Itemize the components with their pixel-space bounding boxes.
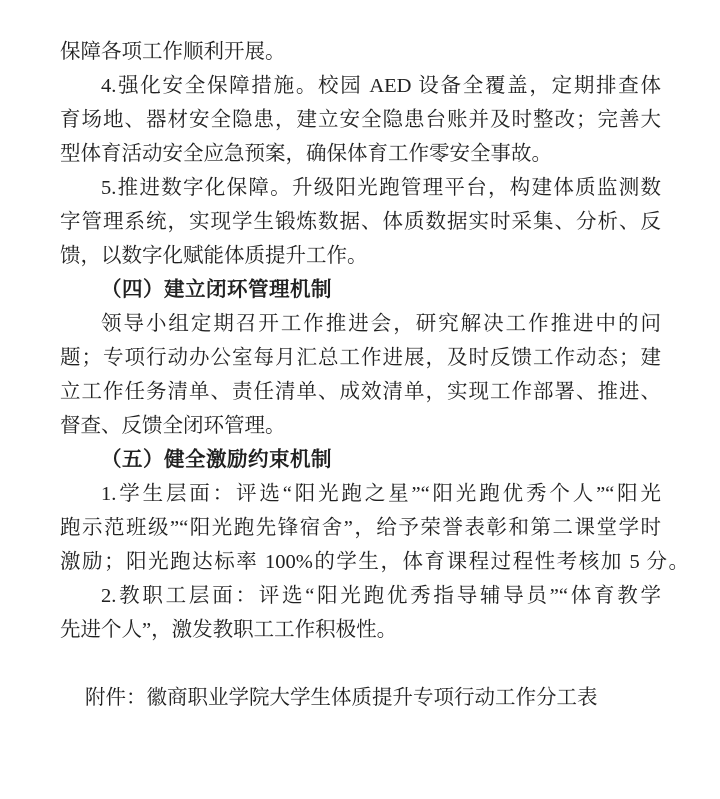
document-page: 保障各项工作顺利开展。 4.强化安全保障措施。校园 AED 设备全覆盖，定期排查… (0, 0, 720, 799)
body-text-line: 2.教职工层面：评选“阳光跑优秀指导辅导员”“体育教学 (60, 579, 661, 613)
section-heading-4: （四）建立闭环管理机制 (60, 273, 661, 307)
body-text-line: 型体育活动安全应急预案，确保体育工作零安全事故。 (60, 137, 661, 171)
body-text-line: 1.学生层面：评选“阳光跑之星”“阳光跑优秀个人”“阳光 (60, 477, 661, 511)
body-text-line: 跑示范班级”“阳光跑先锋宿舍”，给予荣誉表彰和第二课堂学时 (60, 511, 661, 545)
body-text-line: 激励；阳光跑达标率 100%的学生，体育课程过程性考核加 5 分。 (60, 545, 689, 579)
body-text-line: 4.强化安全保障措施。校园 AED 设备全覆盖，定期排查体 (60, 69, 661, 103)
paragraph-continuation-line: 保障各项工作顺利开展。 (60, 35, 661, 69)
body-text-line: 字管理系统，实现学生锻炼数据、体质数据实时采集、分析、反 (60, 205, 661, 239)
body-text-line: 立工作任务清单、责任清单、成效清单，实现工作部署、推进、 (60, 375, 661, 409)
body-text-line: 先进个人”，激发教职工工作积极性。 (60, 613, 661, 647)
blank-line (60, 647, 661, 681)
attachment-line: 附件：徽商职业学院大学生体质提升专项行动工作分工表 (60, 681, 661, 715)
body-text-line: 题；专项行动办公室每月汇总工作进展，及时反馈工作动态；建 (60, 341, 661, 375)
body-text-line: 馈，以数字化赋能体质提升工作。 (60, 239, 661, 273)
section-heading-5: （五）健全激励约束机制 (60, 443, 661, 477)
body-text-line: 5.推进数字化保障。升级阳光跑管理平台，构建体质监测数 (60, 171, 661, 205)
document-body: 保障各项工作顺利开展。 4.强化安全保障措施。校园 AED 设备全覆盖，定期排查… (60, 35, 661, 715)
body-text-line: 领导小组定期召开工作推进会，研究解决工作推进中的问 (60, 307, 661, 341)
body-text-line: 育场地、器材安全隐患，建立安全隐患台账并及时整改；完善大 (60, 103, 661, 137)
body-text-line: 督查、反馈全闭环管理。 (60, 409, 661, 443)
